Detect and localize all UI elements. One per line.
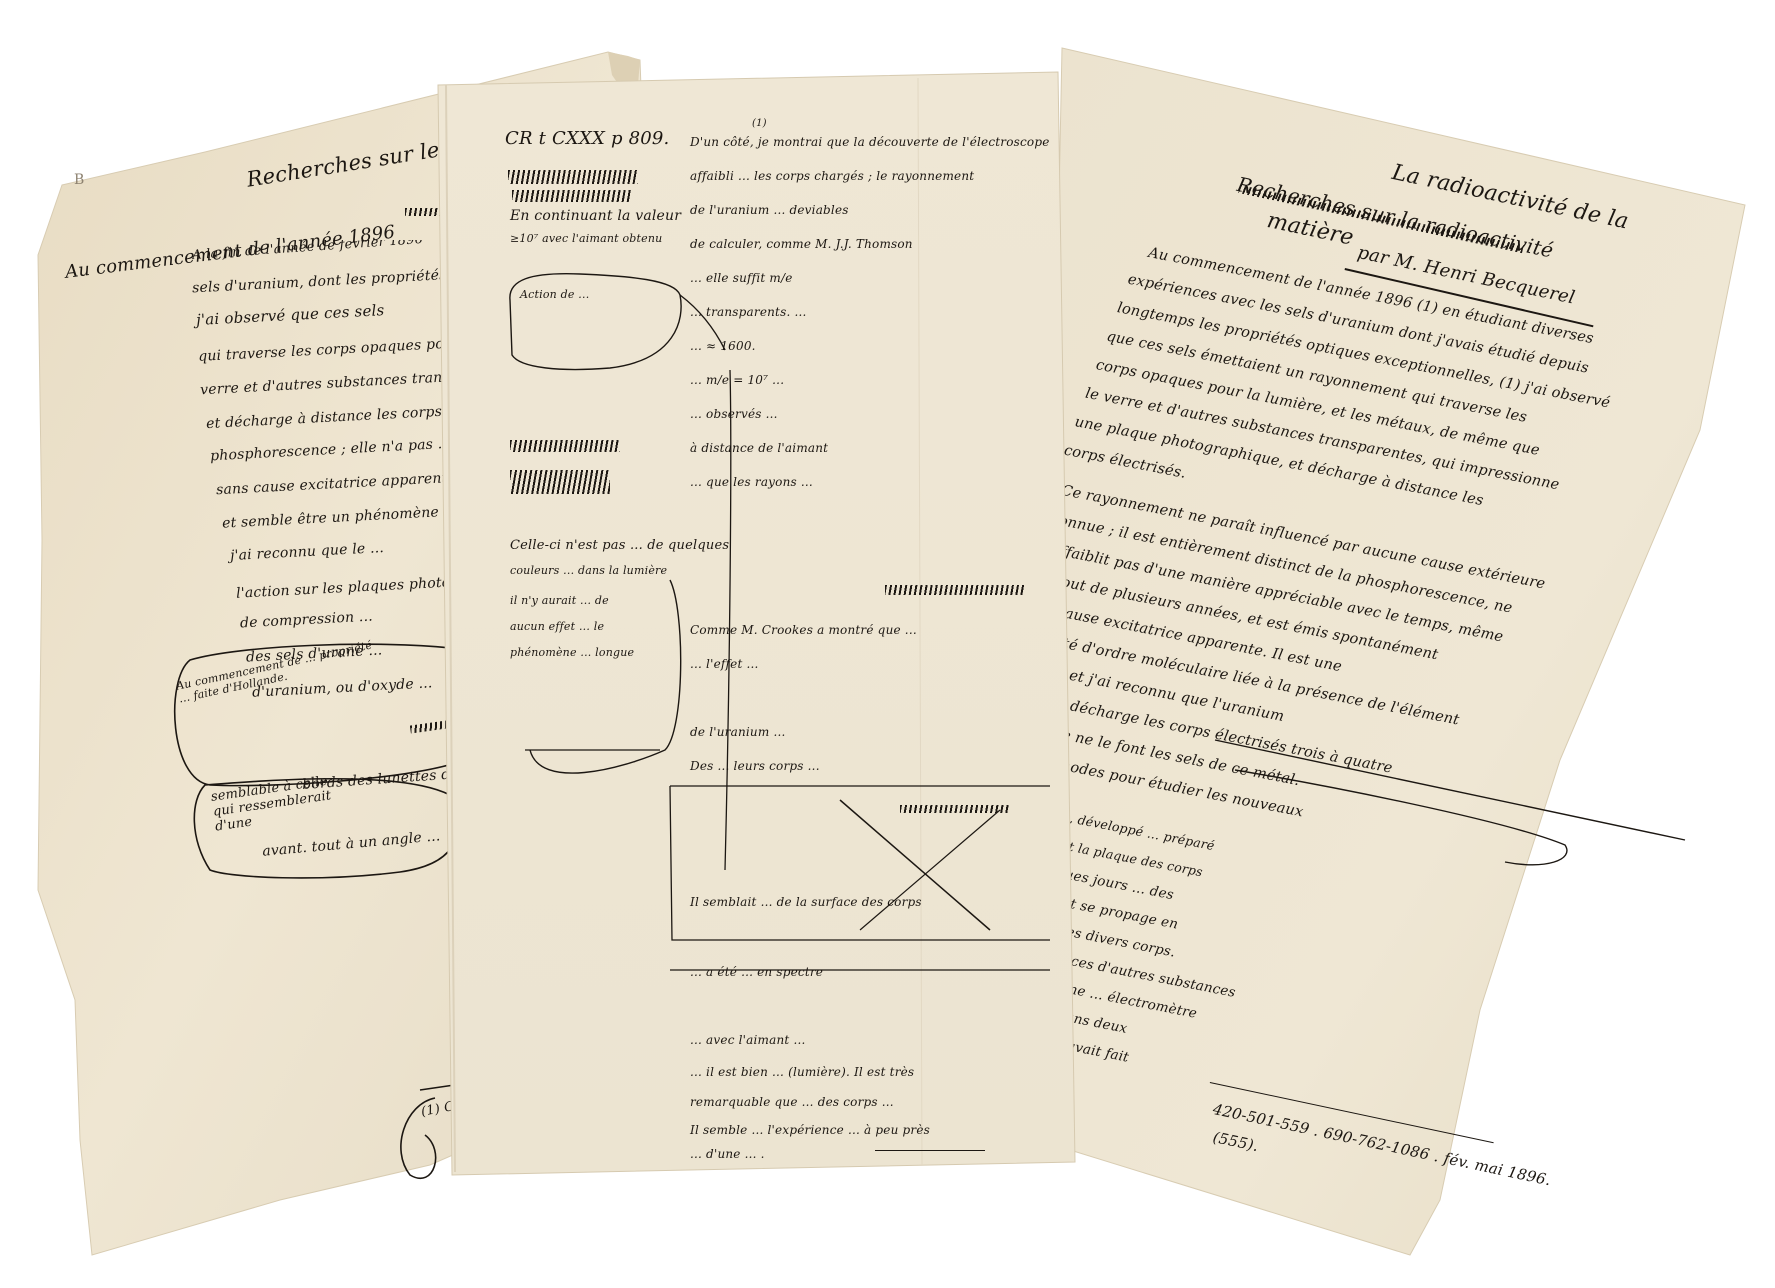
middle-strikethrough <box>900 805 1010 813</box>
middle-line: D'un côté, je montrai que la découverte … <box>690 135 1050 149</box>
middle-line: ... observés ... <box>690 407 778 421</box>
middle-column-line: ≥10⁷ avec l'aimant obtenu <box>510 232 662 245</box>
middle-line: de l'uranium ... deviables <box>690 203 849 217</box>
middle-underline <box>875 1150 985 1151</box>
middle-body-text: D'un côté, je montrai que la découverte … <box>690 135 1050 1155</box>
middle-line: ... elle suffit m/e <box>690 271 793 285</box>
middle-line: ... que les rayons ... <box>690 475 813 489</box>
middle-strikethrough <box>512 190 632 202</box>
middle-line: affaibli ... les corps chargés ; le rayo… <box>690 169 974 183</box>
middle-strikethrough <box>508 170 638 184</box>
manuscript-photo: B Recherches sur les ph. Au commencement… <box>0 0 1775 1288</box>
middle-line: ... ≈ 1600. <box>690 339 756 353</box>
middle-line: de calculer, comme M. J.J. Thomson <box>690 237 913 251</box>
middle-strikethrough <box>885 585 1025 595</box>
footnote-marker: (1) <box>752 118 767 129</box>
middle-line: Comme M. Crookes a montré que ... <box>690 623 917 637</box>
middle-line: ... transparents. ... <box>690 305 807 319</box>
middle-reference-heading: CR t CXXX p 809. <box>505 128 669 149</box>
middle-line: ... l'effet ... <box>690 657 759 671</box>
middle-line: Il semble ... l'expérience ... à peu prè… <box>690 1123 930 1137</box>
middle-line: à distance de l'aimant <box>690 441 828 455</box>
middle-line: ... avec l'aimant ... <box>690 1033 806 1047</box>
middle-line: ... d'une ... . <box>690 1147 765 1161</box>
middle-line: de l'uranium ... <box>690 725 786 739</box>
middle-line: remarquable que ... des corps ... <box>690 1095 894 1109</box>
middle-line: ... m/e = 10⁷ ... <box>690 373 784 387</box>
middle-crossed-out-block <box>660 770 1140 990</box>
middle-column-line: En continuant la valeur <box>510 208 681 224</box>
middle-manuscript-page: CR t CXXX p 809. En continuant la valeur… <box>0 0 1775 1288</box>
middle-line: ... il est bien ... (lumière). Il est tr… <box>690 1065 914 1079</box>
